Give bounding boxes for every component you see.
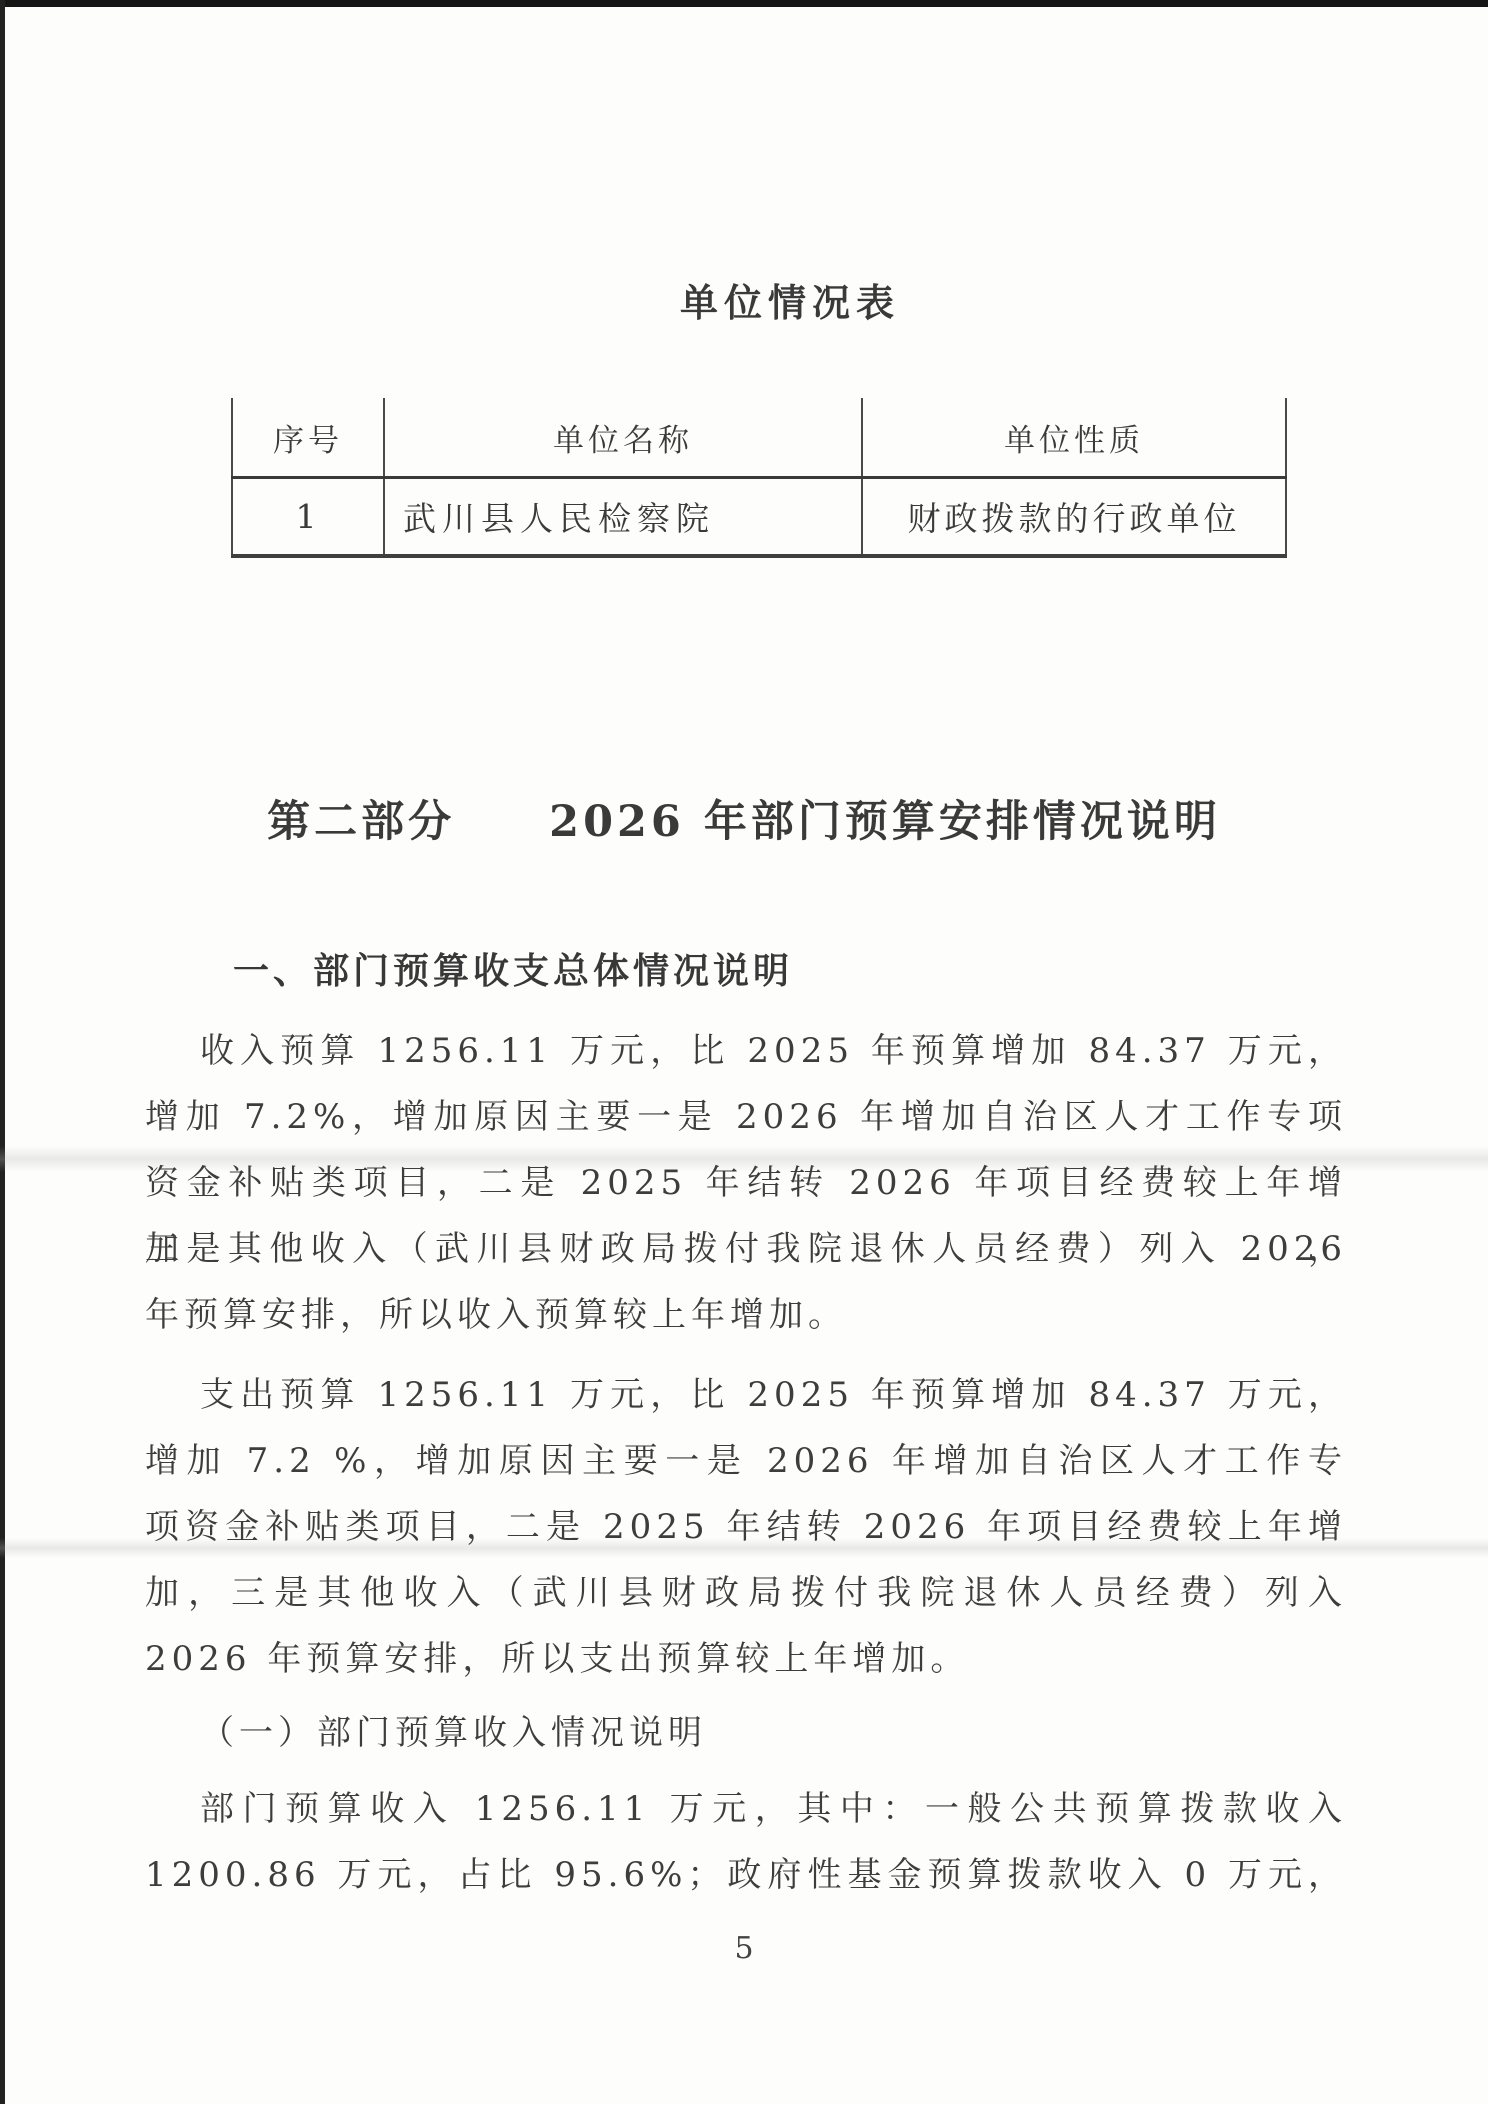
para-line: 项资金补贴类项目，二是 2025 年结转 2026 年项目经费较上年增 <box>145 1494 1347 1560</box>
expense-paragraph: 支出预算 1256.11 万元，比 2025 年预算增加 84.37 万元， 增… <box>145 1362 1347 1692</box>
table-row: 1 武川县人民检察院 财政拨款的行政单位 <box>232 478 1286 557</box>
para-line: 资金补贴类项目，二是 2025 年结转 2026 年项目经费较上年增加， <box>145 1150 1347 1216</box>
para-line: 加，三是其他收入（武川县财政局拨付我院退休人员经费）列入 <box>145 1560 1347 1626</box>
para-line: 增加 7.2%，增加原因主要一是 2026 年增加自治区人才工作专项 <box>145 1084 1347 1150</box>
para-line: 支出预算 1256.11 万元，比 2025 年预算增加 84.37 万元， <box>145 1362 1347 1428</box>
part2-section-title: 第二部分 2026 年部门预算安排情况说明 <box>144 788 1344 849</box>
para-line: 年预算安排，所以收入预算较上年增加。 <box>145 1282 1347 1348</box>
para-line: 部门预算收入 1256.11 万元，其中：一般公共预算拨款收入 <box>145 1776 1347 1842</box>
table-cell-unit-nature: 财政拨款的行政单位 <box>862 478 1286 557</box>
table-cell-unit-name: 武川县人民检察院 <box>384 478 862 557</box>
scan-edge-left <box>0 0 5 2104</box>
income-detail-heading: （一）部门预算收入情况说明 <box>145 1700 1347 1766</box>
scan-edge-top <box>0 0 1488 7</box>
unit-table-title: 单位情况表 <box>190 272 1390 327</box>
income-paragraph: 收入预算 1256.11 万元，比 2025 年预算增加 84.37 万元， 增… <box>145 1018 1347 1348</box>
table-header-cell-nature: 单位性质 <box>862 398 1286 478</box>
para-line: 增加 7.2 %，增加原因主要一是 2026 年增加自治区人才工作专 <box>145 1428 1347 1494</box>
page-number: 5 <box>0 1928 1488 1970</box>
body-text: 一、部门预算收支总体情况说明 收入预算 1256.11 万元，比 2025 年预… <box>145 938 1347 1922</box>
para-line: 2026 年预算安排，所以支出预算较上年增加。 <box>145 1626 1347 1692</box>
para-line: 收入预算 1256.11 万元，比 2025 年预算增加 84.37 万元， <box>145 1018 1347 1084</box>
table-cell-index: 1 <box>232 478 384 557</box>
overview-heading: 一、部门预算收支总体情况说明 <box>145 938 1347 1004</box>
table-header-row: 序号 单位名称 单位性质 <box>232 398 1286 478</box>
table-header-cell-name: 单位名称 <box>384 398 862 478</box>
para-line: 1200.86 万元，占比 95.6%；政府性基金预算拨款收入 0 万元， <box>145 1842 1347 1908</box>
document-page: 单位情况表 序号 单位名称 单位性质 1 武川县人民检察院 财政拨款的行政单位 … <box>0 0 1488 2104</box>
unit-table: 序号 单位名称 单位性质 1 武川县人民检察院 财政拨款的行政单位 <box>231 398 1287 558</box>
income-detail-paragraph: 部门预算收入 1256.11 万元，其中：一般公共预算拨款收入 1200.86 … <box>145 1776 1347 1908</box>
para-line: 三是其他收入（武川县财政局拨付我院退休人员经费）列入 2026 <box>145 1216 1347 1282</box>
table-header-cell-index: 序号 <box>232 398 384 478</box>
